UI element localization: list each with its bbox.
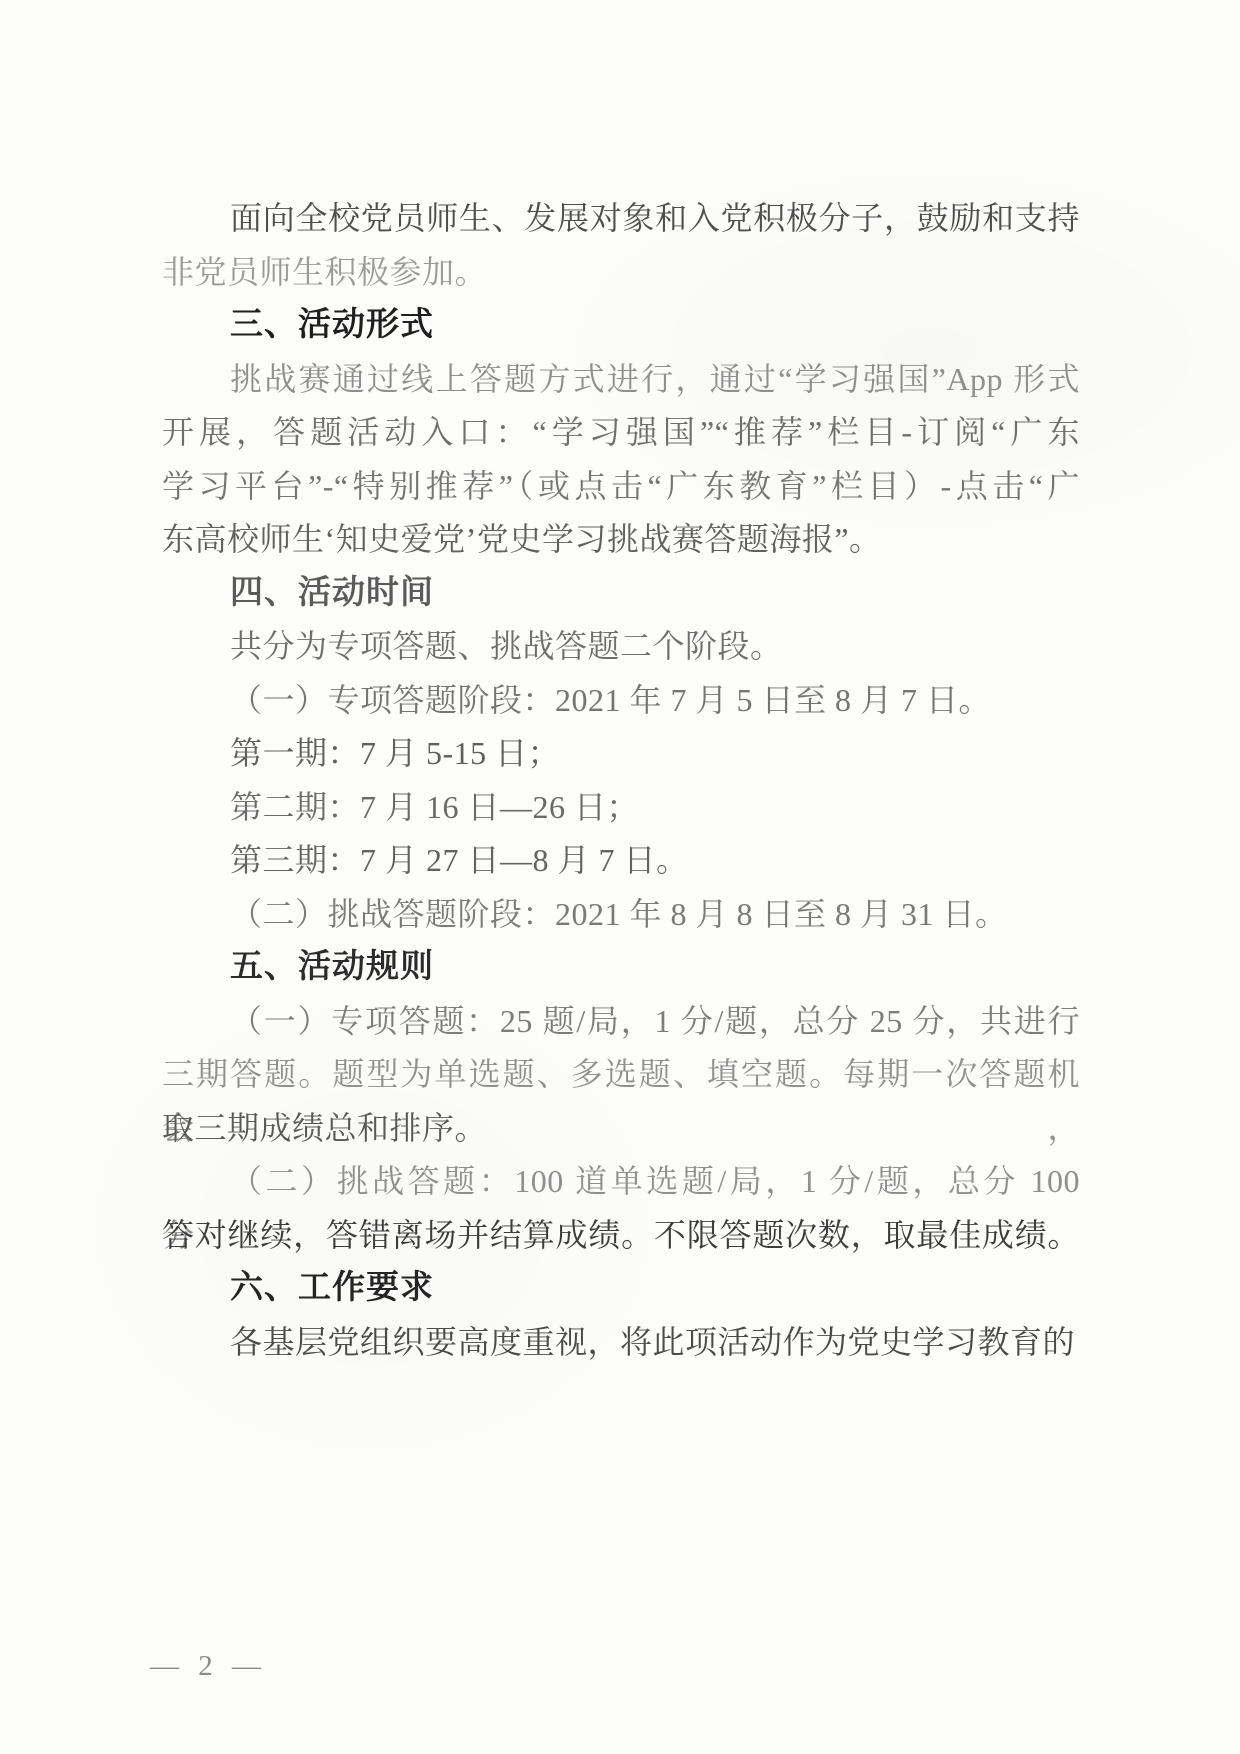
para-phase-1-dates: 第一期：7 月 5-15 日； <box>162 727 1080 781</box>
para-stage-2-dates: （二）挑战答题阶段：2021 年 8 月 8 日至 8 月 31 日。 <box>162 888 1080 942</box>
para-phase-2-dates: 第二期：7 月 16 日—26 日； <box>162 781 1080 835</box>
para-rules-challenge-line-2: 答对继续，答错离场并结算成绩。不限答题次数，取最佳成绩。 <box>162 1209 1080 1263</box>
para-scope-line-1: 面向全校党员师生、发展对象和入党积极分子，鼓励和支持 <box>162 192 1080 246</box>
para-work-requirements-line-1: 各基层党组织要高度重视，将此项活动作为党史学习教育的 <box>162 1316 1080 1370</box>
para-scope-line-2: 非党员师生积极参加。 <box>162 246 1080 300</box>
para-stage-1-dates: （一）专项答题阶段：2021 年 7 月 5 日至 8 月 7 日。 <box>162 674 1080 728</box>
para-activity-format-line-4: 东高校师生‘知史爱党’党史学习挑战赛答题海报”。 <box>162 513 1080 567</box>
para-activity-format-line-3: 学习平台”-“特别推荐”（或点击“广东教育”栏目）-点击“广 <box>162 460 1080 514</box>
para-rules-special-line-1: （一）专项答题：25 题/局，1 分/题，总分 25 分，共进行 <box>162 995 1080 1049</box>
heading-section-4-activity-time: 四、活动时间 <box>162 567 1080 621</box>
para-phase-3-dates: 第三期：7 月 27 日—8 月 7 日。 <box>162 834 1080 888</box>
page-number: — 2 — <box>150 1650 267 1683</box>
scanned-document-page: 面向全校党员师生、发展对象和入党积极分子，鼓励和支持 非党员师生积极参加。 三、… <box>0 0 1240 1754</box>
para-rules-special-line-2: 三期答题。题型为单选题、多选题、填空题。每期一次答题机会， <box>162 1048 1080 1102</box>
heading-section-5-activity-rules: 五、活动规则 <box>162 941 1080 995</box>
heading-section-3-activity-format: 三、活动形式 <box>162 299 1080 353</box>
para-rules-challenge-line-1: （二）挑战答题：100 道单选题/局，1 分/题，总分 100 分。 <box>162 1155 1080 1209</box>
para-stages-overview: 共分为专项答题、挑战答题二个阶段。 <box>162 620 1080 674</box>
heading-section-6-work-requirements: 六、工作要求 <box>162 1262 1080 1316</box>
para-activity-format-line-1: 挑战赛通过线上答题方式进行，通过“学习强国”App 形式 <box>162 353 1080 407</box>
para-activity-format-line-2: 开展，答题活动入口：“学习强国”“推荐”栏目-订阅“广东 <box>162 406 1080 460</box>
document-text-block: 面向全校党员师生、发展对象和入党积极分子，鼓励和支持 非党员师生积极参加。 三、… <box>162 192 1080 1369</box>
